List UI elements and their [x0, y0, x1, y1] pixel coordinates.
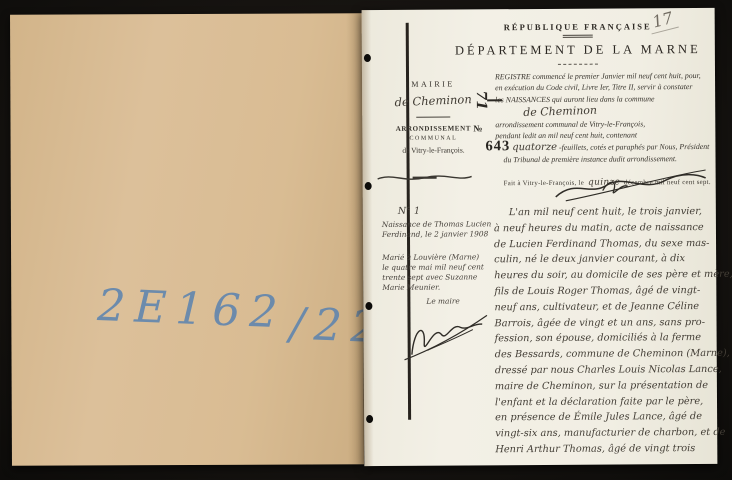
margin-note-title-line: Ferdinand, le 2 janvier 1908 [382, 230, 496, 241]
le-maire-label: Le maire [426, 297, 496, 308]
act-line: l'enfant et la déclaration faite par le … [495, 393, 719, 410]
stitch-hole [365, 182, 372, 190]
mention-line: Marié à Louvière (Marne) [382, 252, 496, 263]
statement-line: les NAISSANCES qui auront lieu dans la c… [495, 93, 709, 106]
stitch-hole [365, 302, 372, 310]
mention-line: Marie Meunier. [382, 282, 496, 293]
act-line: vingt-six ans, manufacturier de charbon,… [495, 425, 719, 442]
mairie-label: MAIRIE [374, 79, 492, 89]
act-line: heures du soir, au domicile de ses père … [494, 267, 718, 284]
act-line: fession, son épouse, domiciliés à la fer… [495, 330, 719, 347]
header-dashed-divider [558, 64, 598, 65]
mention-line: trente sept avec Suzanne [382, 272, 496, 283]
register-cover-page: 2E162/22 [10, 13, 364, 466]
stitch-hole [364, 54, 371, 62]
register-title-page: 17 RÉPUBLIQUE FRANÇAISE DÉPARTEMENT DE L… [362, 8, 718, 466]
marriage-mention: Marié à Louvière (Marne) le quatre mai m… [382, 252, 496, 294]
margin-note-title-line: Naissance de Thomas Lucien [382, 219, 496, 230]
archive-call-number: 2E162/22 [96, 280, 389, 342]
act-line: dressé par nous Charles Louis Nicolas La… [495, 362, 719, 379]
numero-symbol: № [473, 123, 482, 133]
act-line: Henri Arthur Thomas, âgé de vingt trois [495, 441, 719, 458]
flourish-divider [375, 169, 475, 184]
mention-line: le quatre mai mil neuf cent [382, 262, 496, 273]
president-signature-flourish [548, 166, 713, 207]
feuillets-handwritten: quatorze [512, 142, 557, 154]
act-line: en présence de Émile Jules Lance, âgé de [495, 409, 719, 426]
commune-handwritten: de Cheminon [523, 105, 597, 119]
feuillets-count-row: 643 quatorze -feuillets, cotés et paraph… [485, 140, 709, 154]
birth-act-text: L'an mil neuf cent huit, le trois janvie… [494, 204, 720, 458]
margin-divider [416, 117, 450, 118]
act-line: à neuf heures du matin, acte de naissanc… [494, 220, 718, 237]
communal-label: COMMUNAL [374, 135, 492, 142]
act-line: fils de Louis Roger Thomas, âgé de vingt… [494, 283, 718, 300]
archive-scan-scene: 2E162/22 17 RÉPUBLIQUE FRANÇAISE DÉPARTE… [0, 0, 732, 480]
department-heading: DÉPARTEMENT DE LA MARNE [454, 42, 702, 59]
act-line: L'an mil neuf cent huit, le trois janvie… [494, 204, 718, 221]
statement-line: -feuillets, cotés et paraphés par Nous, … [559, 141, 709, 153]
act-line: maire de Cheminon, sur la présentation d… [495, 378, 719, 395]
act-number: N° 1 [398, 206, 496, 217]
header-divider [563, 35, 593, 38]
act-line: Barrois, âgée de vingt et un ans, sans p… [494, 314, 718, 331]
statement-line: du Tribunal de première instance dudit a… [503, 153, 709, 166]
act-line: de Lucien Ferdinand Thomas, du sexe mas- [494, 236, 718, 253]
act-line: culin, né le deux janvier courant, à dix [494, 251, 718, 268]
act-line: neuf ans, cultivateur, et de Jeanne Céli… [494, 299, 718, 316]
stitch-hole [366, 415, 373, 423]
marginal-note: N° 1 Naissance de Thomas Lucien Ferdinan… [382, 206, 497, 307]
republic-heading: RÉPUBLIQUE FRANÇAISE [454, 21, 702, 33]
act-line: des Bessards, commune de Cheminon (Marne… [495, 346, 719, 363]
call-number-main: 2E162 [96, 280, 287, 338]
arrondissement-commune: de Vitry-le-François. [374, 145, 492, 155]
statement-line: en exécution du Code civil, Livre Ier, T… [495, 81, 709, 94]
stamped-number: 643 [485, 142, 510, 154]
